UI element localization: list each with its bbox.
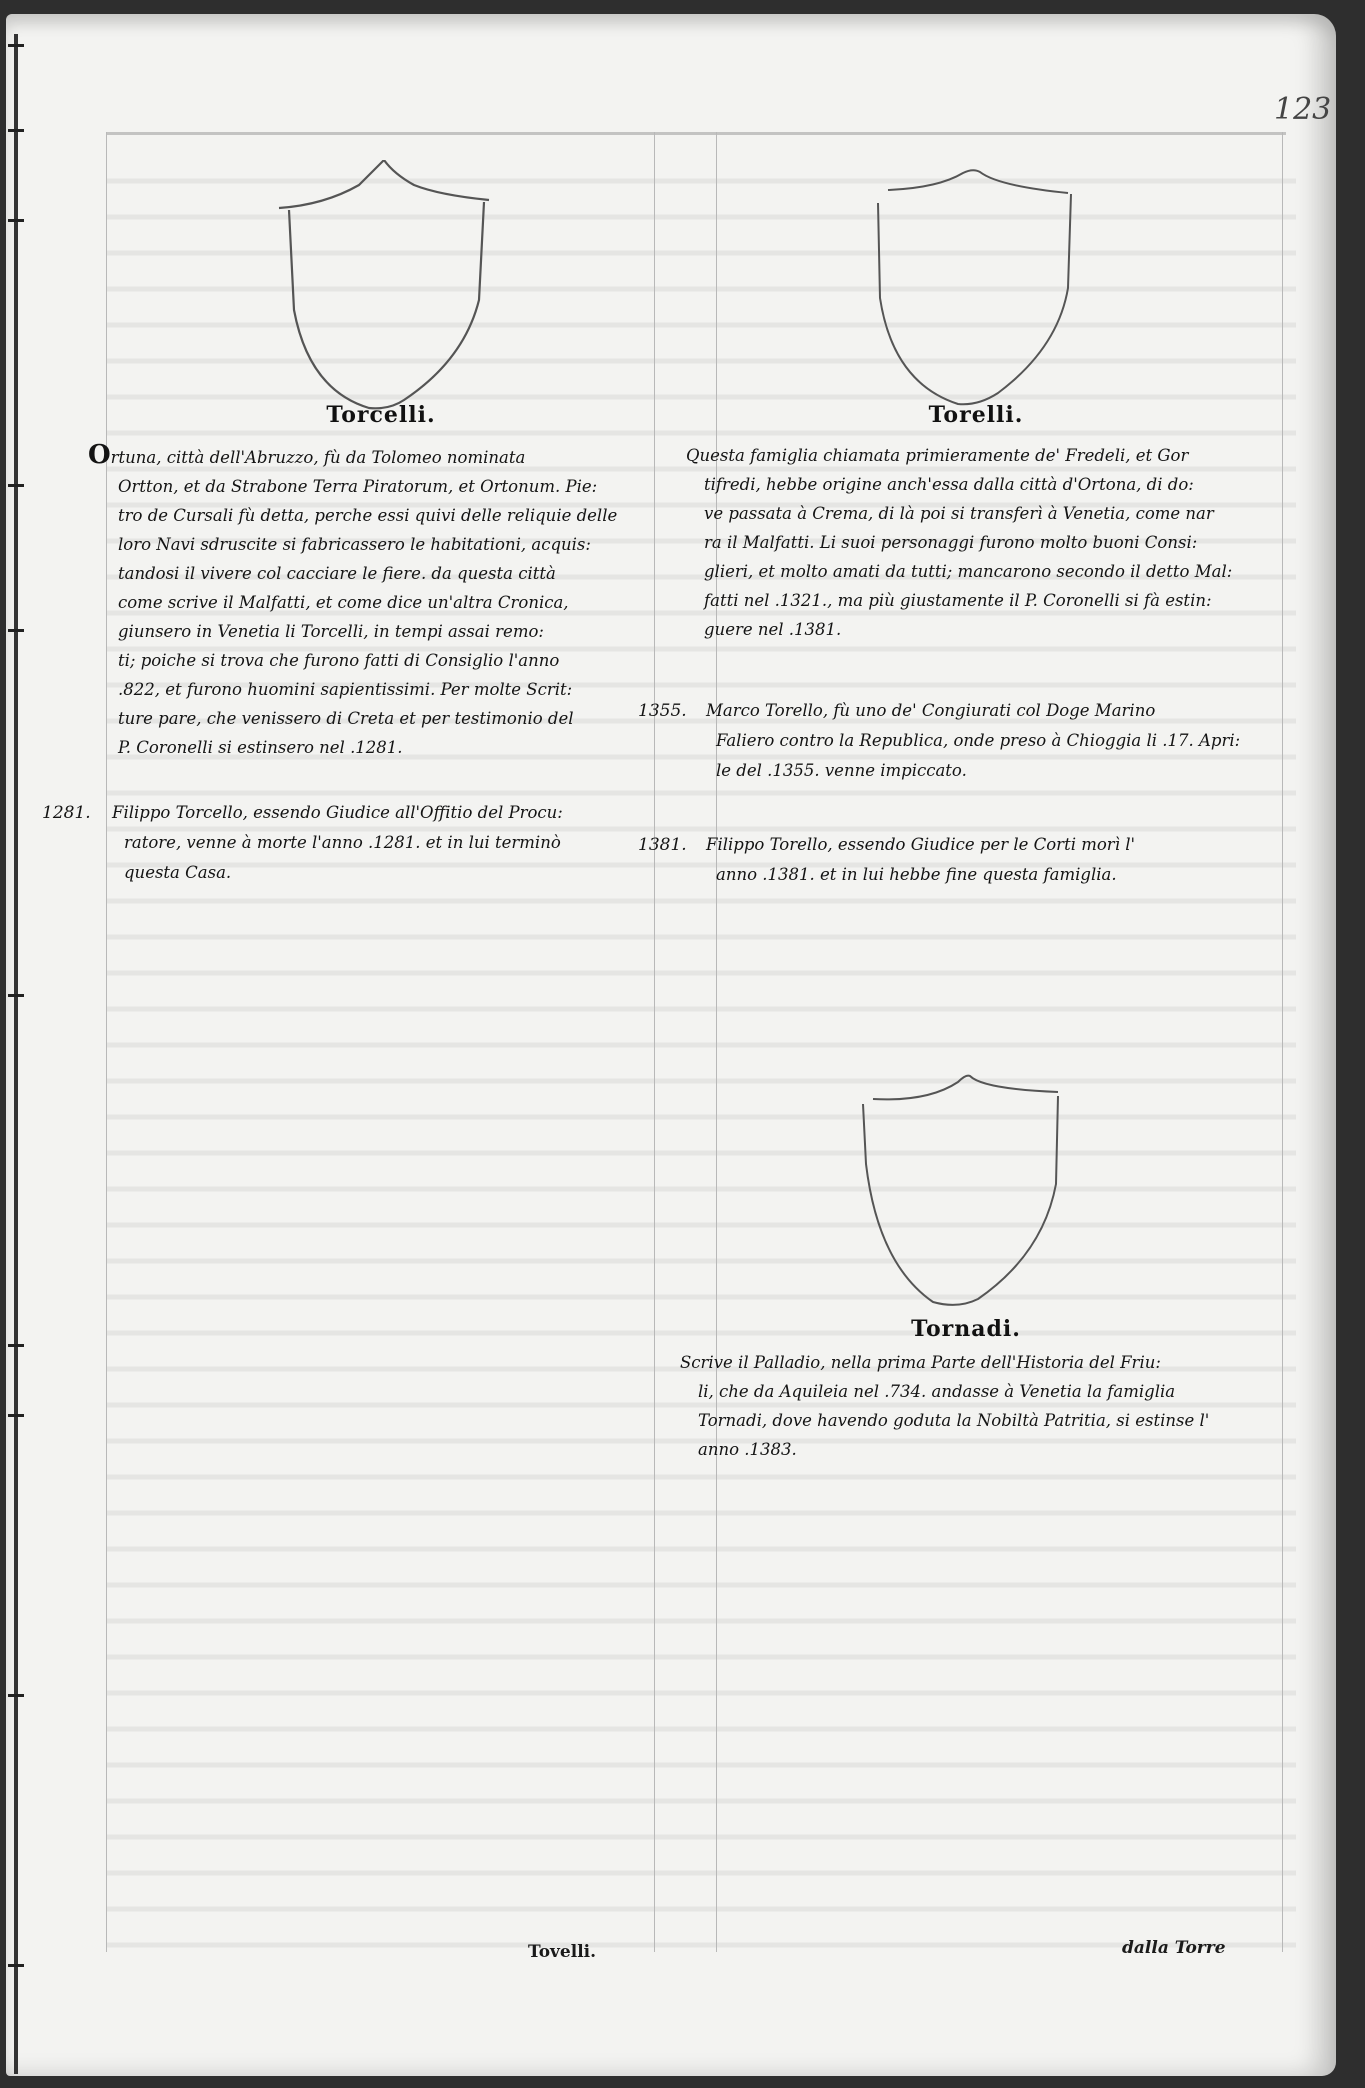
coat-of-arms-shield-icon [264, 160, 504, 410]
text-line: ratore, venne à morte l'anno .1281. et i… [112, 828, 672, 858]
coat-of-arms-shield-icon [868, 168, 1088, 408]
binding-stitch [8, 129, 24, 132]
binding-stitch [8, 629, 24, 632]
chronicle-entry: 1281. Filippo Torcello, essendo Giudice … [42, 798, 672, 898]
text-line: tifredi, hebbe origine anch'essa dalla c… [686, 470, 1286, 499]
text-line: le del .1355. venne impiccato. [706, 756, 1296, 786]
catchword-right: dalla Torre [1122, 1938, 1226, 1958]
binding-stitch [8, 1694, 24, 1697]
text-line: Marco Torello, fù uno de' Congiurati col… [706, 696, 1296, 726]
text-line: loro Navi sdruscite si fabricassero le h… [88, 530, 668, 559]
text-line: anno .1383. [680, 1435, 1290, 1464]
text-line: Filippo Torcello, essendo Giudice all'Of… [112, 798, 672, 828]
family-heading-torelli: Torelli. [856, 402, 1096, 428]
text-line: guere nel .1381. [686, 615, 1286, 644]
family-description-tornadi: Scrive il Palladio, nella prima Parte de… [680, 1348, 1290, 1464]
coat-of-arms-shield-icon [858, 1064, 1068, 1309]
text-line: fatti nel .1321., ma più giustamente il … [686, 586, 1286, 615]
column-rule [716, 132, 717, 1952]
text-line: li, che da Aquileia nel .734. andasse à … [680, 1377, 1290, 1406]
chronicle-entry: 1355. Marco Torello, fù uno de' Congiura… [638, 696, 1298, 796]
text-line: Scrive il Palladio, nella prima Parte de… [680, 1348, 1290, 1377]
column-rule [654, 132, 655, 1952]
chronicle-entry: 1381. Filippo Torello, essendo Giudice p… [638, 830, 1298, 900]
text-line: Ortuna, città dell'Abruzzo, fù da Tolome… [88, 441, 668, 472]
binding-stitch [8, 484, 24, 487]
text-line: come scrive il Malfatti, et come dice un… [88, 588, 668, 617]
column-rule [106, 132, 107, 1952]
text-line: ti; poiche si trova che furono fatti di … [88, 646, 668, 675]
text-line: Tornadi, dove havendo goduta la Nobiltà … [680, 1406, 1290, 1435]
text-line: Questa famiglia chiamata primieramente d… [686, 441, 1286, 470]
binding-stitch [8, 994, 24, 997]
folio-number: 123 [1274, 92, 1331, 127]
text-line: P. Coronelli si estinsero nel .1281. [88, 733, 668, 762]
drop-cap: O [88, 440, 111, 470]
text-line: glieri, et molto amati da tutti; mancaro… [686, 557, 1286, 586]
family-description-torcelli: Ortuna, città dell'Abruzzo, fù da Tolome… [88, 441, 668, 762]
text-line: anno .1381. et in lui hebbe fine questa … [706, 860, 1296, 890]
binding-stitch [8, 1414, 24, 1417]
entry-year: 1281. [42, 798, 91, 828]
text-line: tro de Cursali fù detta, perche essi qui… [88, 501, 668, 530]
family-heading-tornadi: Tornadi. [856, 1316, 1076, 1342]
family-description-torelli: Questa famiglia chiamata primieramente d… [686, 441, 1286, 644]
text-line: tandosi il vivere col cacciare le fiere.… [88, 559, 668, 588]
binding-stitch [8, 1344, 24, 1347]
text-line: .822, et furono huomini sapientissimi. P… [88, 675, 668, 704]
text-line: Ortton, et da Strabone Terra Piratorum, … [88, 472, 668, 501]
catchword-left: Tovelli. [528, 1942, 596, 1962]
text-line: Filippo Torello, essendo Giudice per le … [706, 830, 1296, 860]
text-line: ve passata à Crema, di là poi si transfe… [686, 499, 1286, 528]
manuscript-page: 123 Torcelli. Ortuna, città dell'Abruzzo… [6, 14, 1336, 2076]
binding-edge [14, 34, 18, 2074]
entry-year: 1355. [638, 696, 687, 726]
text-line: Faliero contro la Republica, onde preso … [706, 726, 1296, 756]
binding-stitch [8, 44, 24, 47]
column-rule [1282, 132, 1283, 1952]
top-rule [106, 132, 1286, 135]
text-line: questa Casa. [112, 858, 672, 888]
binding-stitch [8, 219, 24, 222]
text-line: ra il Malfatti. Li suoi personaggi furon… [686, 528, 1286, 557]
entry-body: Filippo Torello, essendo Giudice per le … [706, 830, 1296, 890]
entry-body: Filippo Torcello, essendo Giudice all'Of… [112, 798, 672, 888]
binding-stitch [8, 1964, 24, 1967]
family-heading-torcelli: Torcelli. [256, 402, 506, 428]
entry-year: 1381. [638, 830, 687, 860]
text-line: ture pare, che venissero di Creta et per… [88, 704, 668, 733]
text-line: giunsero in Venetia li Torcelli, in temp… [88, 617, 668, 646]
entry-body: Marco Torello, fù uno de' Congiurati col… [706, 696, 1296, 786]
